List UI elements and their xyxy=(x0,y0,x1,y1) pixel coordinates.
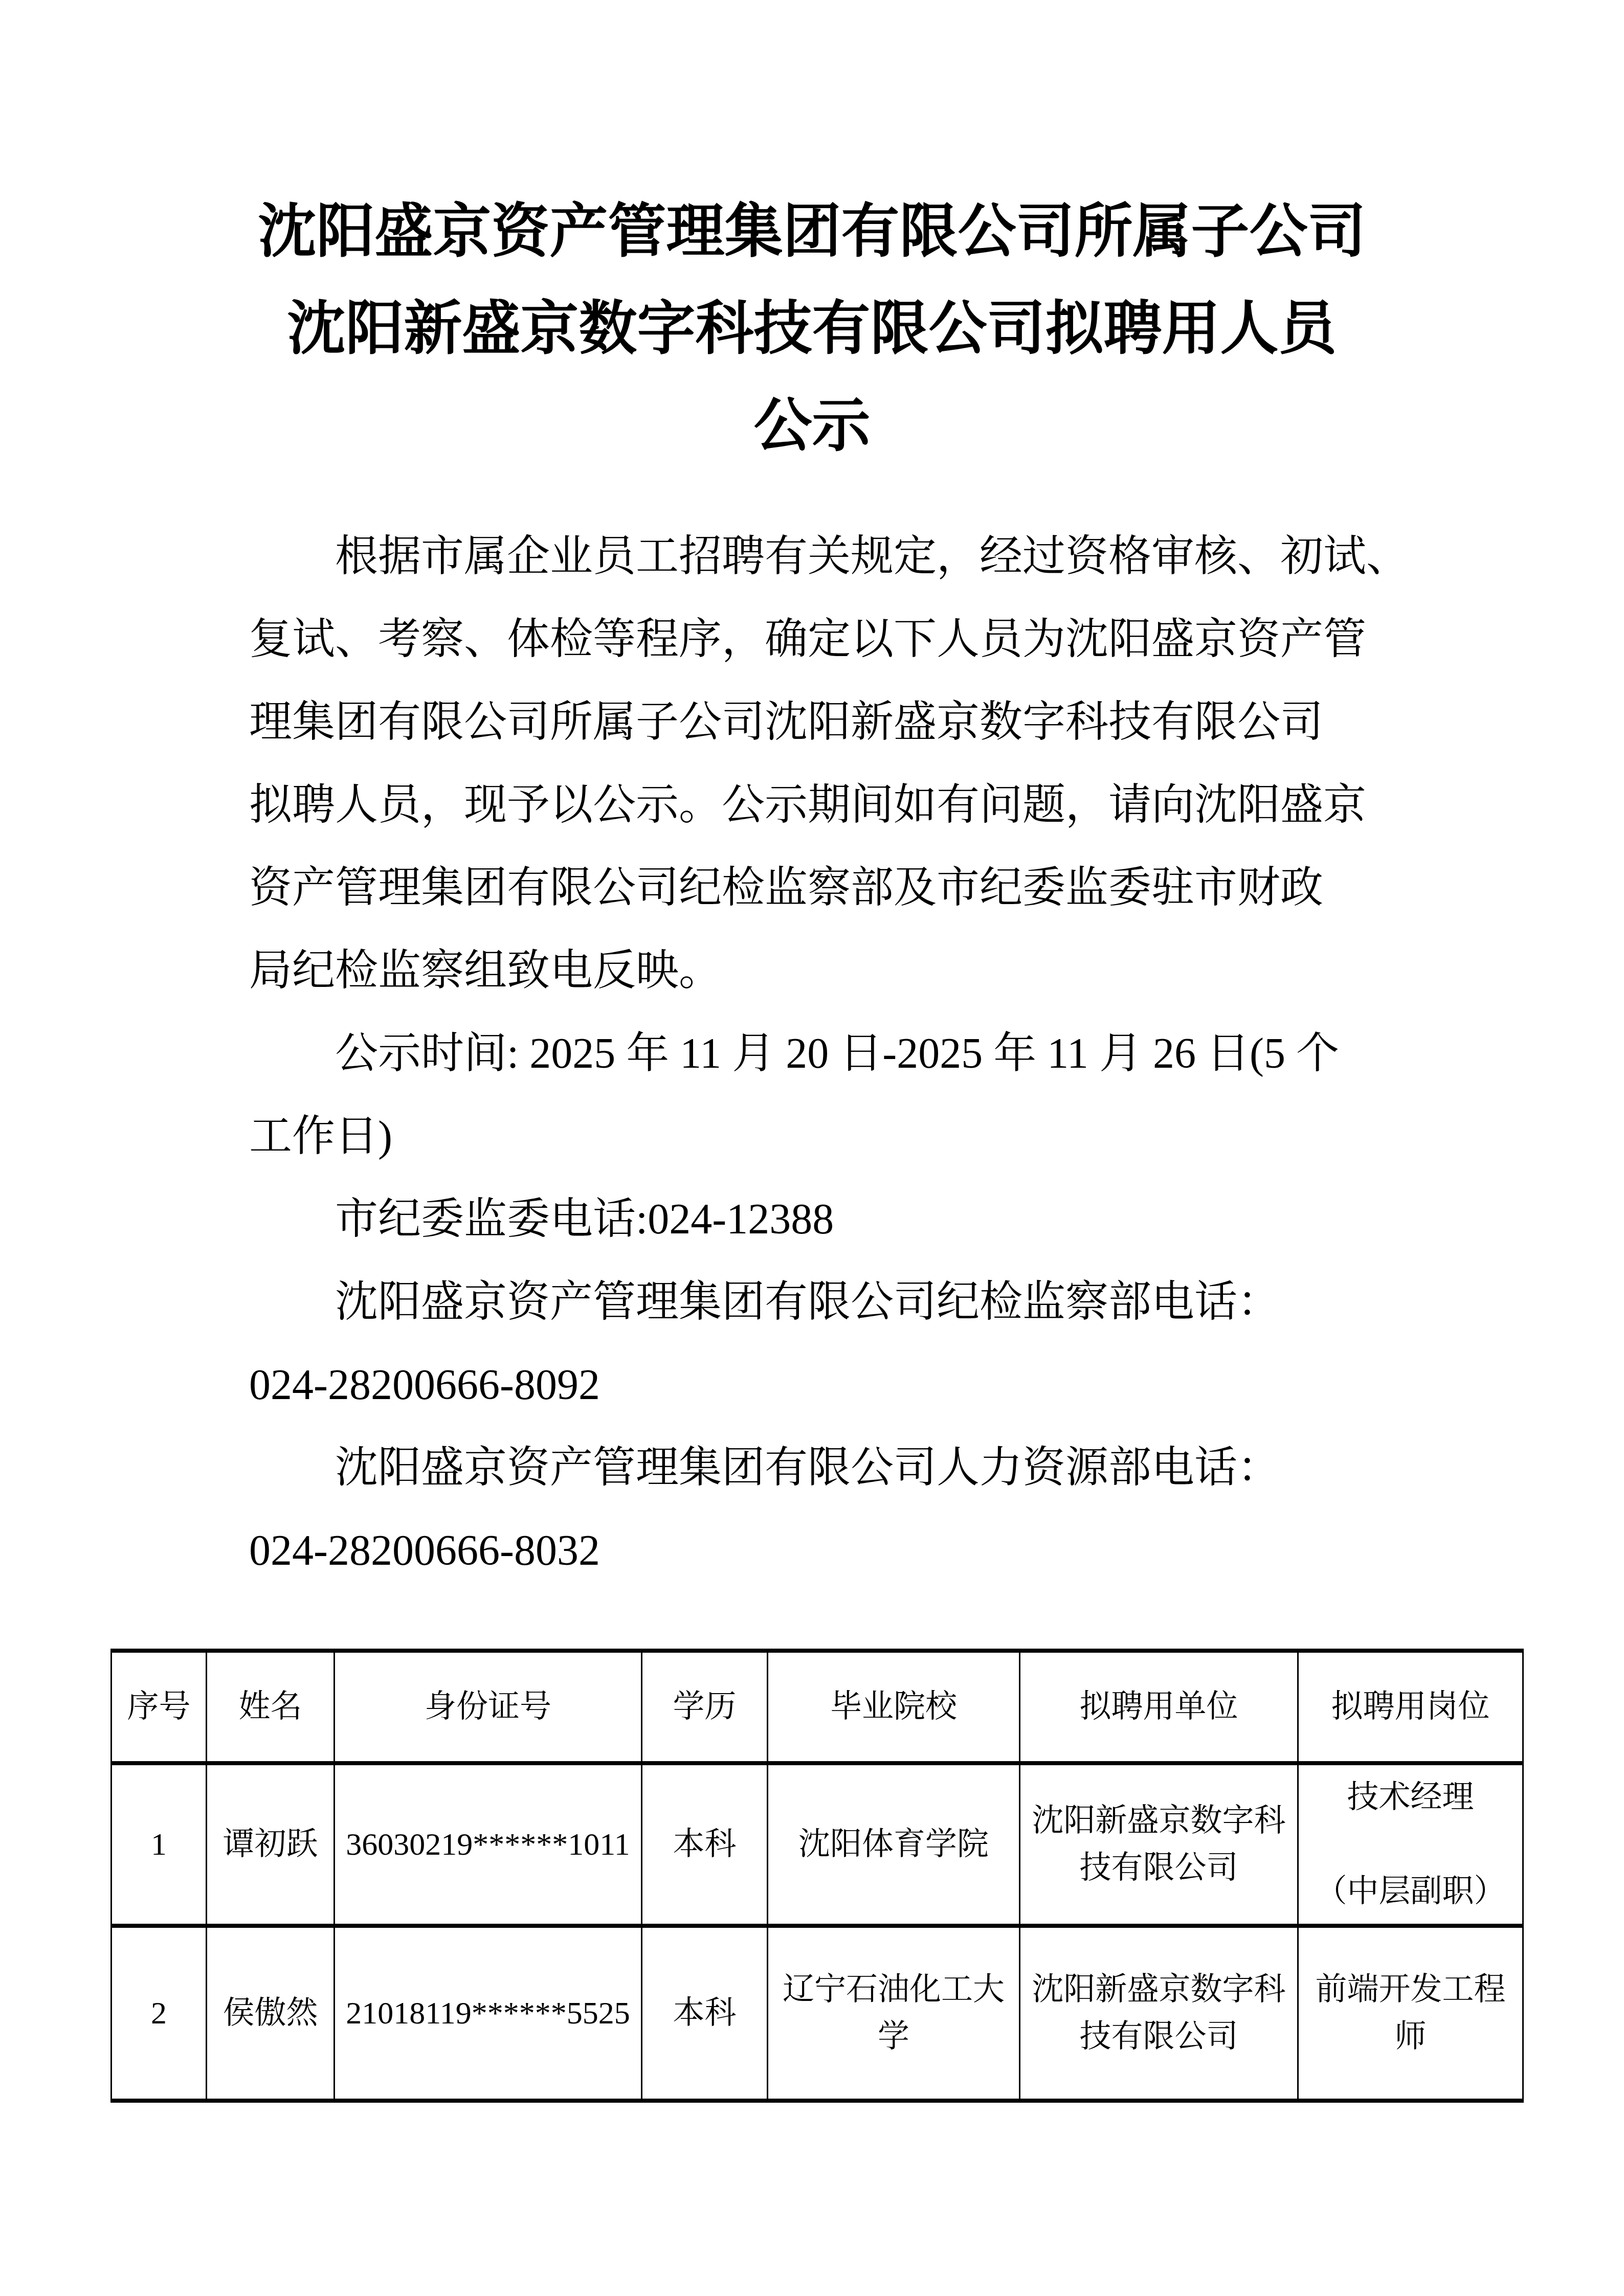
body-line-hr-dept-phone-number: 024-28200666-8032 xyxy=(249,1510,1390,1592)
cell-name: 谭初跃 xyxy=(207,1763,335,1926)
title-line-1: 沈阳盛京资产管理集团有限公司所属子公司 xyxy=(0,183,1624,280)
candidates-table: 序号 姓名 身份证号 学历 毕业院校 拟聘用单位 拟聘用岗位 1 谭初跃 360… xyxy=(110,1649,1524,2103)
cell-education: 本科 xyxy=(642,1926,768,2101)
body-line-supervision-phone: 市纪委监委电话:024-12388 xyxy=(249,1178,1390,1261)
table-row: 1 谭初跃 36030219******1011 本科 沈阳体育学院 沈阳新盛京… xyxy=(112,1763,1523,1926)
cell-employer: 沈阳新盛京数字科技有限公司 xyxy=(1020,1763,1298,1926)
column-header-school: 毕业院校 xyxy=(768,1651,1020,1763)
cell-id-number: 36030219******1011 xyxy=(335,1763,642,1926)
column-header-index: 序号 xyxy=(112,1651,207,1763)
table-header-row: 序号 姓名 身份证号 学历 毕业院校 拟聘用单位 拟聘用岗位 xyxy=(112,1651,1523,1763)
body-line-publicity-period: 公示时间: 2025 年 11 月 20 日-2025 年 11 月 26 日(… xyxy=(249,1012,1390,1095)
document-page: 沈阳盛京资产管理集团有限公司所属子公司 沈阳新盛京数字科技有限公司拟聘用人员 公… xyxy=(0,0,1624,2296)
cell-employer: 沈阳新盛京数字科技有限公司 xyxy=(1020,1926,1298,2101)
title-line-2: 沈阳新盛京数字科技有限公司拟聘用人员 xyxy=(0,280,1624,377)
column-header-education: 学历 xyxy=(642,1651,768,1763)
title-line-3: 公示 xyxy=(0,377,1624,475)
body-line: 局纪检监察组致电反映。 xyxy=(249,930,1390,1012)
cell-index: 2 xyxy=(112,1926,207,2101)
body-line-hr-dept-phone-label: 沈阳盛京资产管理集团有限公司人力资源部电话： xyxy=(249,1427,1390,1510)
cell-name: 侯傲然 xyxy=(207,1926,335,2101)
column-header-employer: 拟聘用单位 xyxy=(1020,1651,1298,1763)
body-line-discipline-dept-phone-number: 024-28200666-8092 xyxy=(249,1344,1390,1427)
column-header-position: 拟聘用岗位 xyxy=(1298,1651,1523,1763)
cell-position: 前端开发工程师 xyxy=(1298,1926,1523,2101)
table-row: 2 侯傲然 21018119******5525 本科 辽宁石油化工大学 沈阳新… xyxy=(112,1926,1523,2101)
cell-education: 本科 xyxy=(642,1763,768,1926)
column-header-id-number: 身份证号 xyxy=(335,1651,642,1763)
document-title: 沈阳盛京资产管理集团有限公司所属子公司 沈阳新盛京数字科技有限公司拟聘用人员 公… xyxy=(0,183,1624,475)
document-body: 根据市属企业员工招聘有关规定，经过资格审核、初试、 复试、考察、体检等程序，确定… xyxy=(249,515,1390,1592)
column-header-name: 姓名 xyxy=(207,1651,335,1763)
cell-index: 1 xyxy=(112,1763,207,1926)
cell-position: 技术经理 （中层副职） xyxy=(1298,1763,1523,1926)
body-line-discipline-dept-phone-label: 沈阳盛京资产管理集团有限公司纪检监察部电话： xyxy=(249,1261,1390,1344)
body-line: 复试、考察、体检等程序，确定以下人员为沈阳盛京资产管 xyxy=(249,598,1390,681)
body-line: 拟聘人员，现予以公示。公示期间如有问题，请向沈阳盛京 xyxy=(249,764,1390,847)
body-line: 资产管理集团有限公司纪检监察部及市纪委监委驻市财政 xyxy=(249,847,1390,930)
cell-id-number: 21018119******5525 xyxy=(335,1926,642,2101)
cell-school: 辽宁石油化工大学 xyxy=(768,1926,1020,2101)
cell-school: 沈阳体育学院 xyxy=(768,1763,1020,1926)
body-line: 理集团有限公司所属子公司沈阳新盛京数字科技有限公司 xyxy=(249,681,1390,764)
body-line-publicity-period-cont: 工作日) xyxy=(249,1095,1390,1178)
body-line: 根据市属企业员工招聘有关规定，经过资格审核、初试、 xyxy=(249,515,1390,598)
